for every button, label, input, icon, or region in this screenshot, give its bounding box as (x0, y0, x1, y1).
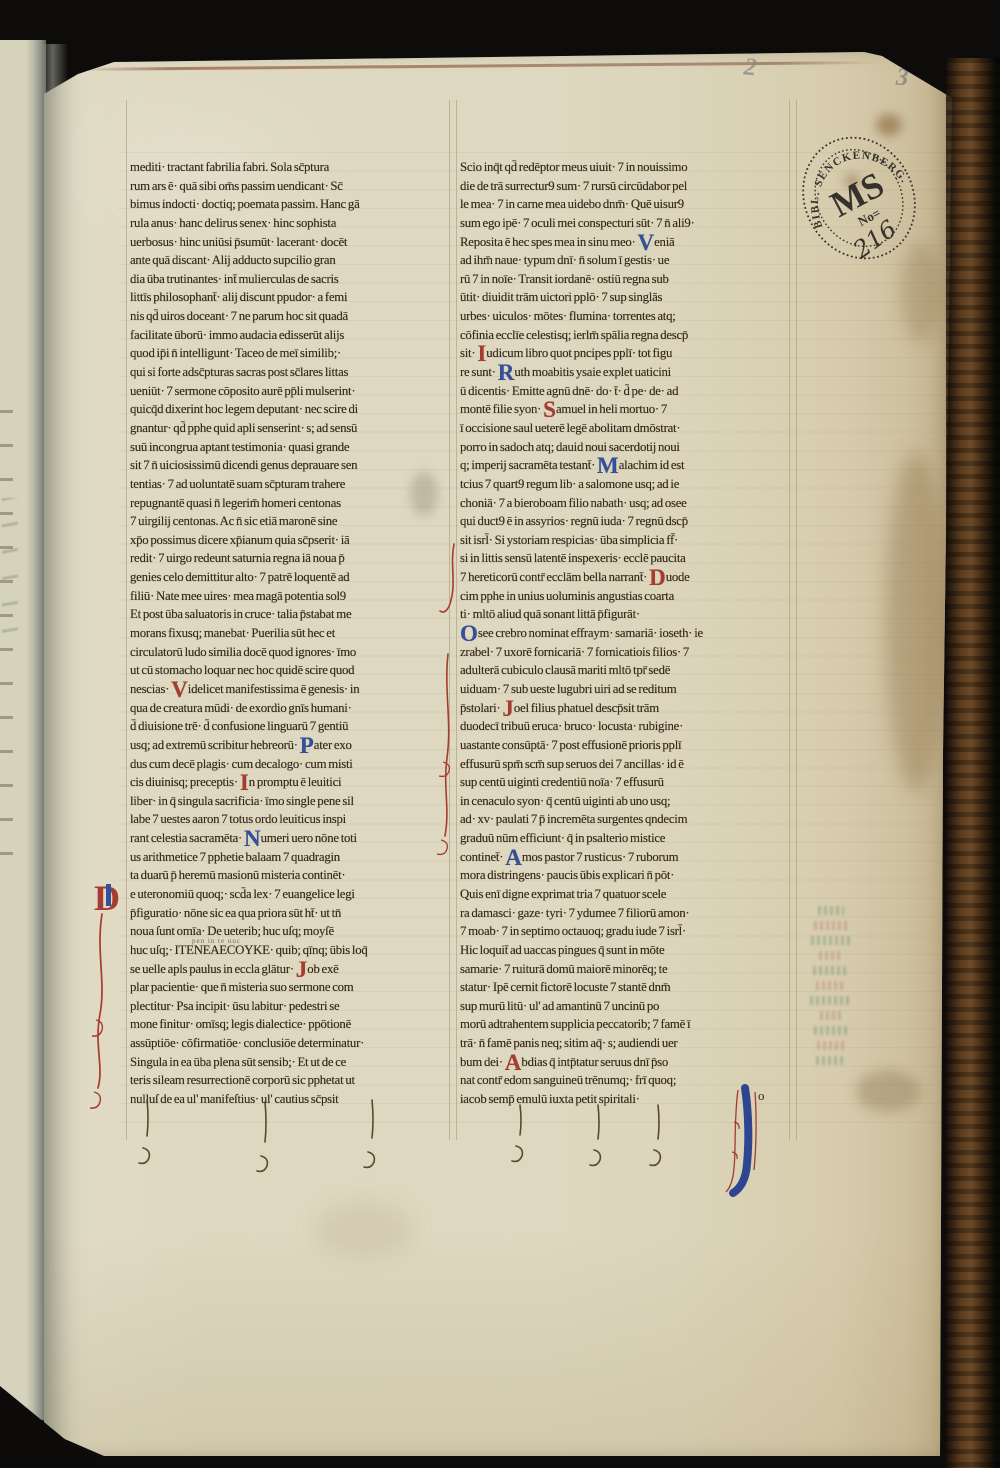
text-line: duodecī tribuū eruca· bruco· locusta· ru… (460, 717, 796, 736)
text-line: ta duarū p̄ heremū masionū misteria cont… (130, 866, 454, 885)
text-line: usq; ad extremū scribitur hebreorū· Pate… (130, 736, 454, 755)
text-line: qui si forte adsc̄pturas sacras post sc̄… (130, 363, 454, 382)
text-line: us arithmetice 7 pphetie balaam 7 quadra… (130, 848, 454, 867)
text-line: Et post ūba saluatoris in cruce· talia p… (130, 605, 454, 624)
text-line: genies celo demittitur alto· 7 patrē loq… (130, 568, 454, 587)
text-line: nat contr̄ edom sanguineū trēnumq;· frī … (460, 1071, 796, 1090)
text-line: nescias· Videlicet manifestissima ē gene… (130, 680, 454, 699)
text-line: morū adtrahentem supplicia peccatorib; 7… (460, 1015, 796, 1034)
ruling-vertical (456, 100, 457, 1140)
initial-d-marginal: D (90, 878, 120, 1108)
text-line: noua ſunt omīa· De ueterib; huc uſq; moy… (130, 922, 454, 941)
text-line: cōfinia ecclīe celestisq; ierlm̄ spālia … (460, 326, 796, 345)
text-line: filiū· Nate mee uires· mea magā potentia… (130, 587, 454, 606)
stain-faint (314, 1202, 414, 1258)
interlinear-gloss: pen in te uoc (192, 937, 241, 945)
text-line: statur· Ipē cernit fictorē locuste 7 sta… (460, 978, 796, 997)
text-line: tcius 7 quart9 regum lib· a salomone usq… (460, 475, 796, 494)
text-line: Singula in ea ūba plena sūt sensib;· Et … (130, 1053, 454, 1072)
text-line: ante quā discant· Alij adducto supcilio … (130, 251, 454, 270)
text-line: morans fixusq; manebat· Puerilia sūt hec… (130, 624, 454, 643)
text-line: suū incongrua aptant testimonia· quasi g… (130, 438, 454, 457)
text-line: d̄ diuisione trē· d̄ confusione linguarū… (130, 717, 454, 736)
text-line: si in littis sensū latentē inspexeris· e… (460, 549, 796, 568)
text-line: urbes· uiculos· mōtes· flumina· torrente… (460, 307, 796, 326)
text-line: ueniūt· 7 sermone cōposito aurē pp̄li mu… (130, 382, 454, 401)
text-line: ad ihm̄ naue· typum dnī· n̄ solum ī gest… (460, 251, 796, 270)
text-line: re sunt· Ruth moabitis ysaie explet uati… (460, 363, 796, 382)
text-line: rant celestia sacramēta· Numeri uero nōn… (130, 829, 454, 848)
text-line: iacob semp̄ emulū iuxta petit spiritali· (460, 1090, 796, 1109)
text-line: Reposita ē hec spes mea in sinu meo· Ven… (460, 233, 796, 252)
text-line: plar pacientie· que n̄ misteria suo serm… (130, 978, 454, 997)
text-line: gnantur· qd̄ pphe quid apli senserint· s… (130, 419, 454, 438)
text-line: assūptiōe· cōfirmatiōe· conclusiōe deter… (130, 1034, 454, 1053)
text-line: continet̄· Amos pastor 7 rusticus· 7 rub… (460, 848, 796, 867)
book-edge (946, 58, 1000, 1468)
text-line: e uteronomiū quoq;· scd̄a lex· 7 euangel… (130, 885, 454, 904)
text-line: quicq̄d dixerint hoc legem deputant· nec… (130, 400, 454, 419)
text-line: teris sileam resurrectionē corporū sic p… (130, 1071, 454, 1090)
text-line: sup murū litū· ul' ad amantinū 7 uncinū … (460, 997, 796, 1016)
text-line: nis qd̄ uiros doceant· 7 ne parum hoc si… (130, 307, 454, 326)
text-line: labe 7 uestes aaron 7 totus ordo leuitic… (130, 810, 454, 829)
text-line: le mea· 7 in carne mea uidebo dnm̄· Quē … (460, 195, 796, 214)
text-line: nulluſ de ea ul' manifeſtius· ul' cautiu… (130, 1090, 454, 1109)
text-line: redit· 7 uirgo redeunt saturnia regna iā… (130, 549, 454, 568)
text-line: Quis enī digne exprimat tria 7 quatuor s… (460, 885, 796, 904)
text-line: adulterā cubiculo clausā mariti mltō tpr… (460, 661, 796, 680)
text-line: qua de creatura mūdi· de exordio gnīs hu… (130, 699, 454, 718)
text-line: choniā· 7 a bieroboam filio nabath· usq;… (460, 494, 796, 513)
text-line: ad· xv· paulati 7 p̄ incremēta surgentes… (460, 810, 796, 829)
text-line: rū 7 in noīe· Transit iordanē· ostiū reg… (460, 270, 796, 289)
text-line: se uelle apls paulus in eccla glātur· Jo… (130, 960, 454, 979)
text-line: samarie· 7 ruiturā domū maiorē minorēq; … (460, 960, 796, 979)
text-line: 7 uirgilij centonas. Ac n̄ sic etiā maro… (130, 512, 454, 531)
text-line: facilitate ūborū· immo audacia edisserūt… (130, 326, 454, 345)
text-line: zrabel· 7 uxorē fornicariā· 7 fornicatio… (460, 643, 796, 662)
pencil-folio-number-next: 3 (895, 64, 909, 93)
text-line: ī occisione saul ueterē legē abolitam dm… (460, 419, 796, 438)
text-line: bimus indocti· doctiq; poemata passim. H… (130, 195, 454, 214)
library-stamp: BIBL. SENCKENBERG. MS No= 216 (788, 124, 930, 272)
text-line: porro in sadoch atq; dauid noui sacerdot… (460, 438, 796, 457)
text-line: p̄figuratio· nōne sic ea qua priora sūt … (130, 904, 454, 923)
text-line: ti· mltō aliud quā sonant littā p̄figurā… (460, 605, 796, 624)
text-line: cim pphe in unius uoluminis angustias co… (460, 587, 796, 606)
text-line: tentias· 7 ad uoluntatē suam sc̄pturam t… (130, 475, 454, 494)
text-line: plectitur· Psa incipit· ūsu labitur· ped… (130, 997, 454, 1016)
text-line: q; imperij sacramēta testant̄· Malachim … (460, 456, 796, 475)
text-line: circulatorū ludo similia docē quod ignor… (130, 643, 454, 662)
svg-text:D: D (94, 878, 120, 918)
text-line: huc uſq;· ITENEAECOYKE· quib; qīnq; ūbis… (130, 941, 454, 960)
text-line: rum ars ē· quā sibi om̄s passim uendican… (130, 177, 454, 196)
ionas-small-o: o (758, 1088, 765, 1104)
text-line: dia ūba trutinantes· int̄ mulierculas de… (130, 270, 454, 289)
manuscript-photo: mediti· tractant fabrilia fabri. Sola sc… (0, 0, 1000, 1468)
text-line: uerbosus· hinc uniūsi p̄sumūt· lacerant·… (130, 233, 454, 252)
text-line: rula anus· hanc delirus senex· hinc soph… (130, 214, 454, 233)
text-line: uastante consūptā· 7 post effusionē prio… (460, 736, 796, 755)
pencil-folio-number: 2 (743, 53, 758, 82)
text-line: sum ego ipē· 7 oculi mei conspecturi sūt… (460, 214, 796, 233)
text-line: mora distringens· paucis ūbis explicari … (460, 866, 796, 885)
ruling-vertical (126, 100, 127, 1140)
text-line: 7 moab· 7 in septimo octauoq; gradu iude… (460, 922, 796, 941)
text-line: mone finitur· omīsq; legis dialectice· p… (130, 1015, 454, 1034)
text-line: repugnantē quasi n̄ legerim̄ homeri cent… (130, 494, 454, 513)
stain-band-right (886, 452, 946, 792)
text-line: ra damasci· gaze· tyri· 7 ydumee 7 filio… (460, 904, 796, 923)
text-line: Osee crebro nominat effraym· samariā· io… (460, 624, 796, 643)
text-line: dus cum decē plagis· cum decalogo· cum m… (130, 755, 454, 774)
text-line: ūtit· diuidit trām uictori pplō· 7 sup s… (460, 288, 796, 307)
text-line: sit isrl̄· Si ystoriam respicias· ūba si… (460, 531, 796, 550)
text-line: montē filie syon· Samuel in heli mortuo·… (460, 400, 796, 419)
text-line: p̄stolari· Joel filius phatuel descp̄sit… (460, 699, 796, 718)
text-line: Hic loquit̄ ad uaccas pingues q̄ sunt in… (460, 941, 796, 960)
text-line: in cenaculo syon· q̄ centū uiginti ab un… (460, 792, 796, 811)
text-column-right: Scio inq̄t qd̄ redēptor meus uiuit· 7 in… (460, 158, 796, 1109)
text-line: die de trā surrectur9 sum· 7 rursū circū… (460, 177, 796, 196)
text-line: 7 hereticorū contr̄ ecclām bella narrant… (460, 568, 796, 587)
text-line: bum dei· Abdias q̄ intp̄tatur seruus dnī… (460, 1053, 796, 1072)
text-line: liber· in q̄ singula sacrificia· īmo sin… (130, 792, 454, 811)
parchment-page: mediti· tractant fabrilia fabri. Sola sc… (44, 52, 952, 1456)
text-line: ū dicentis· Emitte agnū dnē· do· t̄· d̄ … (460, 382, 796, 401)
text-column-left: mediti· tractant fabrilia fabri. Sola sc… (130, 158, 454, 1109)
text-line: cis diuinisq; preceptis· In promptu ē le… (130, 773, 454, 792)
text-line: effusurū spm̄ scm̄ sup seruos dei 7 anci… (460, 755, 796, 774)
text-line: qui duct9 ē in assyrios· regnū iuda· 7 r… (460, 512, 796, 531)
text-line: sit 7 n̄ uiciosissimū dicendi genus depr… (130, 456, 454, 475)
verso-show-through (802, 900, 860, 1135)
text-line: quod ip̄i n̄ intelligunt· Taceo de meī s… (130, 344, 454, 363)
text-line: mediti· tractant fabrilia fabri. Sola sc… (130, 158, 454, 177)
text-line: sup centū uiginti credentiū noīa· 7 effu… (460, 773, 796, 792)
text-line: Scio inq̄t qd̄ redēptor meus uiuit· 7 in… (460, 158, 796, 177)
text-line: xp̄o possimus dicere xp̄ianum quia sc̄ps… (130, 531, 454, 550)
stain-smudge (856, 1070, 920, 1112)
text-line: littīs philosophant̄· alij discunt ppudo… (130, 288, 454, 307)
marginalia-marks (2, 498, 18, 648)
